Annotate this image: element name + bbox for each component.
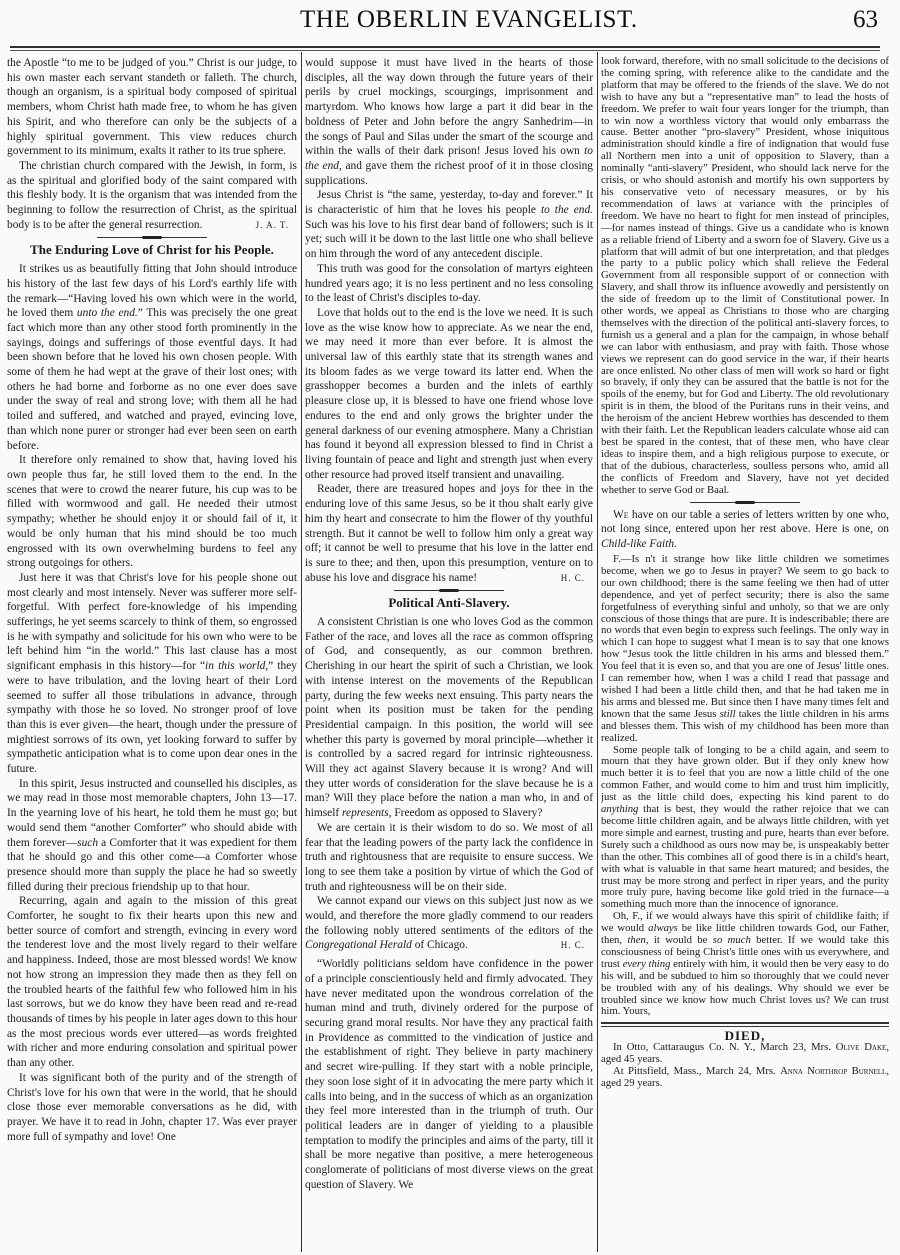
text: that is best, they would the rather rejo… (601, 803, 889, 910)
column-left: the Apostle “to me to be judged of you.”… (7, 56, 297, 1255)
paragraph: Recurring, again and again to the missio… (7, 894, 297, 1070)
text: and gave them the richest proof of it in… (305, 160, 593, 187)
text: it would be (649, 934, 713, 946)
paragraph: It strikes us as beautifully fitting tha… (7, 262, 297, 453)
paragraph: look forward, therefore, with no small s… (601, 56, 889, 497)
column-divider-2 (597, 52, 598, 1252)
deceased-name: Olive Dake (836, 1041, 887, 1053)
paragraph: It was significant both of the purity an… (7, 1071, 297, 1145)
text: would suppose it must have lived in the … (305, 57, 593, 157)
italic-text: every thing (623, 958, 671, 970)
page-number: 63 (853, 6, 878, 34)
text: We (613, 509, 629, 521)
paragraph: the Apostle “to me to be judged of you.”… (7, 56, 297, 159)
paragraph: Reader, there are treasured hopes and jo… (305, 482, 593, 585)
text: At Pittsfield, Mass., March 24, Mrs. (613, 1065, 780, 1077)
paragraph: F.—Is n't it strange how like little chi… (601, 554, 889, 745)
paragraph: We cannot expand our views on this subje… (305, 894, 593, 953)
italic-text: anything (601, 803, 638, 815)
column-middle: would suppose it must have lived in the … (305, 56, 593, 1255)
text: F.—Is n't it strange how like little chi… (601, 553, 889, 720)
text: ” they were to have tribulation, and the… (7, 660, 297, 775)
italic-text: such (77, 837, 98, 849)
column-right: look forward, therefore, with no small s… (601, 56, 889, 1255)
newspaper-title: THE OBERLIN EVANGELIST. (300, 6, 660, 34)
author-signature: H. C. (549, 571, 585, 586)
italic-text: unto the end. (77, 307, 138, 319)
text: Reader, there are treasured hopes and jo… (305, 483, 593, 583)
paragraph: The christian church compared with the J… (7, 159, 297, 233)
paragraph: In this spirit, Jesus instructed and cou… (7, 777, 297, 895)
paragraph: would suppose it must have lived in the … (305, 56, 593, 188)
text: of Chicago. (412, 939, 468, 951)
article-heading: Political Anti-Slavery. (305, 596, 593, 611)
italic-text: represents, (342, 807, 391, 819)
paragraph: Just here it was that Christ's love for … (7, 571, 297, 777)
italic-text: so much (713, 934, 751, 946)
text: Just here it was that Christ's love for … (7, 572, 297, 672)
italic-text: Congregational Herald (305, 939, 412, 951)
text: We cannot expand our views on this subje… (305, 895, 593, 936)
obituary-notice: At Pittsfield, Mass., March 24, Mrs. Ann… (601, 1066, 889, 1090)
paragraph: This truth was good for the consolation … (305, 262, 593, 306)
text: ” This was precisely the one great fact … (7, 307, 297, 451)
paragraph: Oh, F., if we would always have this spi… (601, 911, 889, 1018)
italic-text: in this world, (205, 660, 268, 672)
section-separator (690, 502, 800, 503)
paragraph: A consistent Christian is one who loves … (305, 615, 593, 821)
obituary-notice: In Otto, Cattaraugus Co. N. Y., March 23… (601, 1042, 889, 1066)
deceased-name: Anna Northrop Burnell (780, 1065, 886, 1077)
header-rule-thin (10, 50, 880, 51)
italic-text: Child-like Faith. (601, 538, 677, 550)
paragraph: We have on our table a series of letters… (601, 508, 889, 552)
text: Some people talk of longing to be a chil… (601, 744, 889, 804)
quotation-paragraph: “Worldly politicians seldom have confide… (305, 957, 593, 1192)
italic-text: to the end. (541, 204, 593, 216)
masthead: THE OBERLIN EVANGELIST. 63 (0, 0, 900, 48)
paragraph: Jesus Christ is “the same, yesterday, to… (305, 188, 593, 262)
paragraph: We are certain it is their wisdom to do … (305, 821, 593, 895)
text: Freedom as opposed to Slavery? (391, 807, 542, 819)
died-rule (601, 1022, 889, 1027)
article-heading: The Enduring Love of Christ for his Peop… (7, 243, 297, 258)
text: A consistent Christian is one who loves … (305, 616, 593, 819)
author-signature: J. A. T. (244, 218, 289, 233)
text: In Otto, Cattaraugus Co. N. Y., March 23… (613, 1041, 836, 1053)
column-divider-1 (301, 52, 302, 1252)
text: Such was his love to his first dear band… (305, 219, 593, 260)
paragraph: It therefore only remained to show that,… (7, 453, 297, 571)
section-separator (394, 590, 504, 591)
italic-text: always (648, 922, 678, 934)
author-signature: H. C. (549, 938, 585, 953)
section-separator (97, 237, 207, 238)
italic-text: then, (627, 934, 648, 946)
header-rule (10, 46, 880, 48)
italic-text: still (720, 708, 736, 720)
paragraph: Love that holds out to the end is the lo… (305, 306, 593, 482)
text: have on our table a series of letters wr… (601, 509, 889, 536)
paragraph: Some people talk of longing to be a chil… (601, 745, 889, 912)
